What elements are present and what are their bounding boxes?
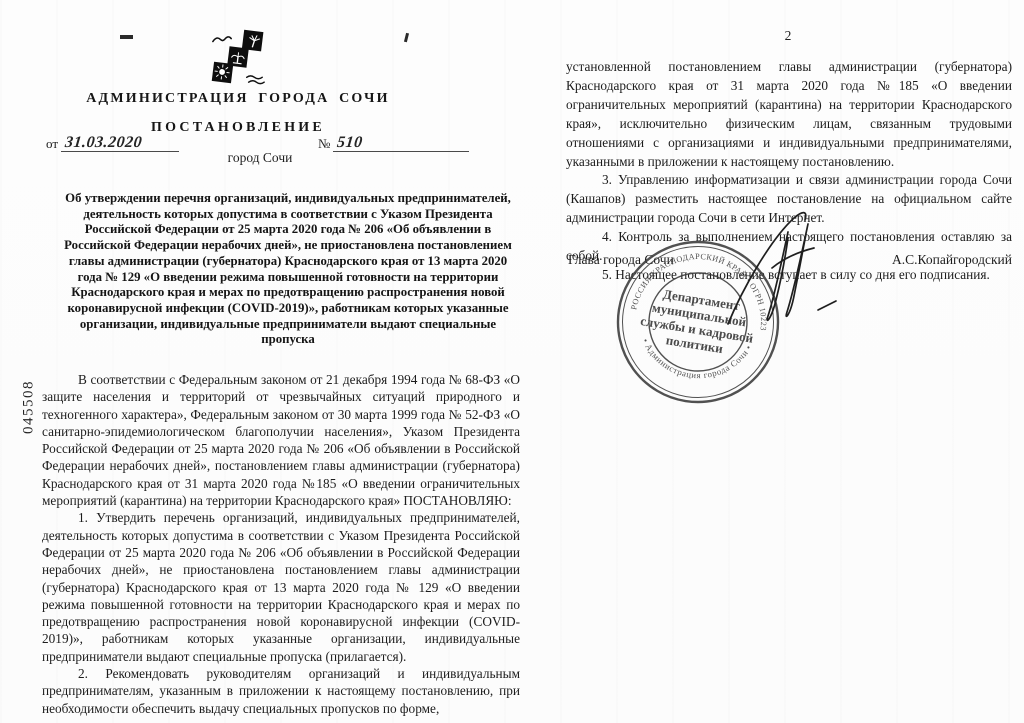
city-label: город Сочи <box>40 150 480 166</box>
body-paragraph: 2. Рекомендовать руководителям организац… <box>42 665 520 717</box>
number-label: № <box>318 136 330 151</box>
page1-body: В соответствии с Федеральным законом от … <box>42 371 520 717</box>
document-title: Об утверждении перечня организаций, инди… <box>57 191 519 348</box>
signatory-name: А.С.Копайгородский <box>892 252 1012 268</box>
body-paragraph: 1. Утвердить перечень организаций, индив… <box>42 509 520 665</box>
sochi-city-emblem-icon <box>206 27 270 87</box>
body-paragraph: В соответствии с Федеральным законом от … <box>42 371 520 509</box>
registration-number-vertical: 045508 <box>21 380 38 434</box>
handwritten-signature-icon <box>722 206 852 346</box>
body-paragraph: установленной постановлением главы админ… <box>566 58 1012 171</box>
page1-header: АДМИНИСТРАЦИЯ ГОРОДА СОЧИ ПОСТАНОВЛЕНИЕ <box>40 27 436 136</box>
scan-artifact <box>120 35 133 39</box>
page-number: 2 <box>565 28 1011 44</box>
scanned-document: АДМИНИСТРАЦИЯ ГОРОДА СОЧИ ПОСТАНОВЛЕНИЕ … <box>0 0 1024 723</box>
date-label: от <box>46 136 58 151</box>
organization-name: АДМИНИСТРАЦИЯ ГОРОДА СОЧИ <box>40 91 436 107</box>
